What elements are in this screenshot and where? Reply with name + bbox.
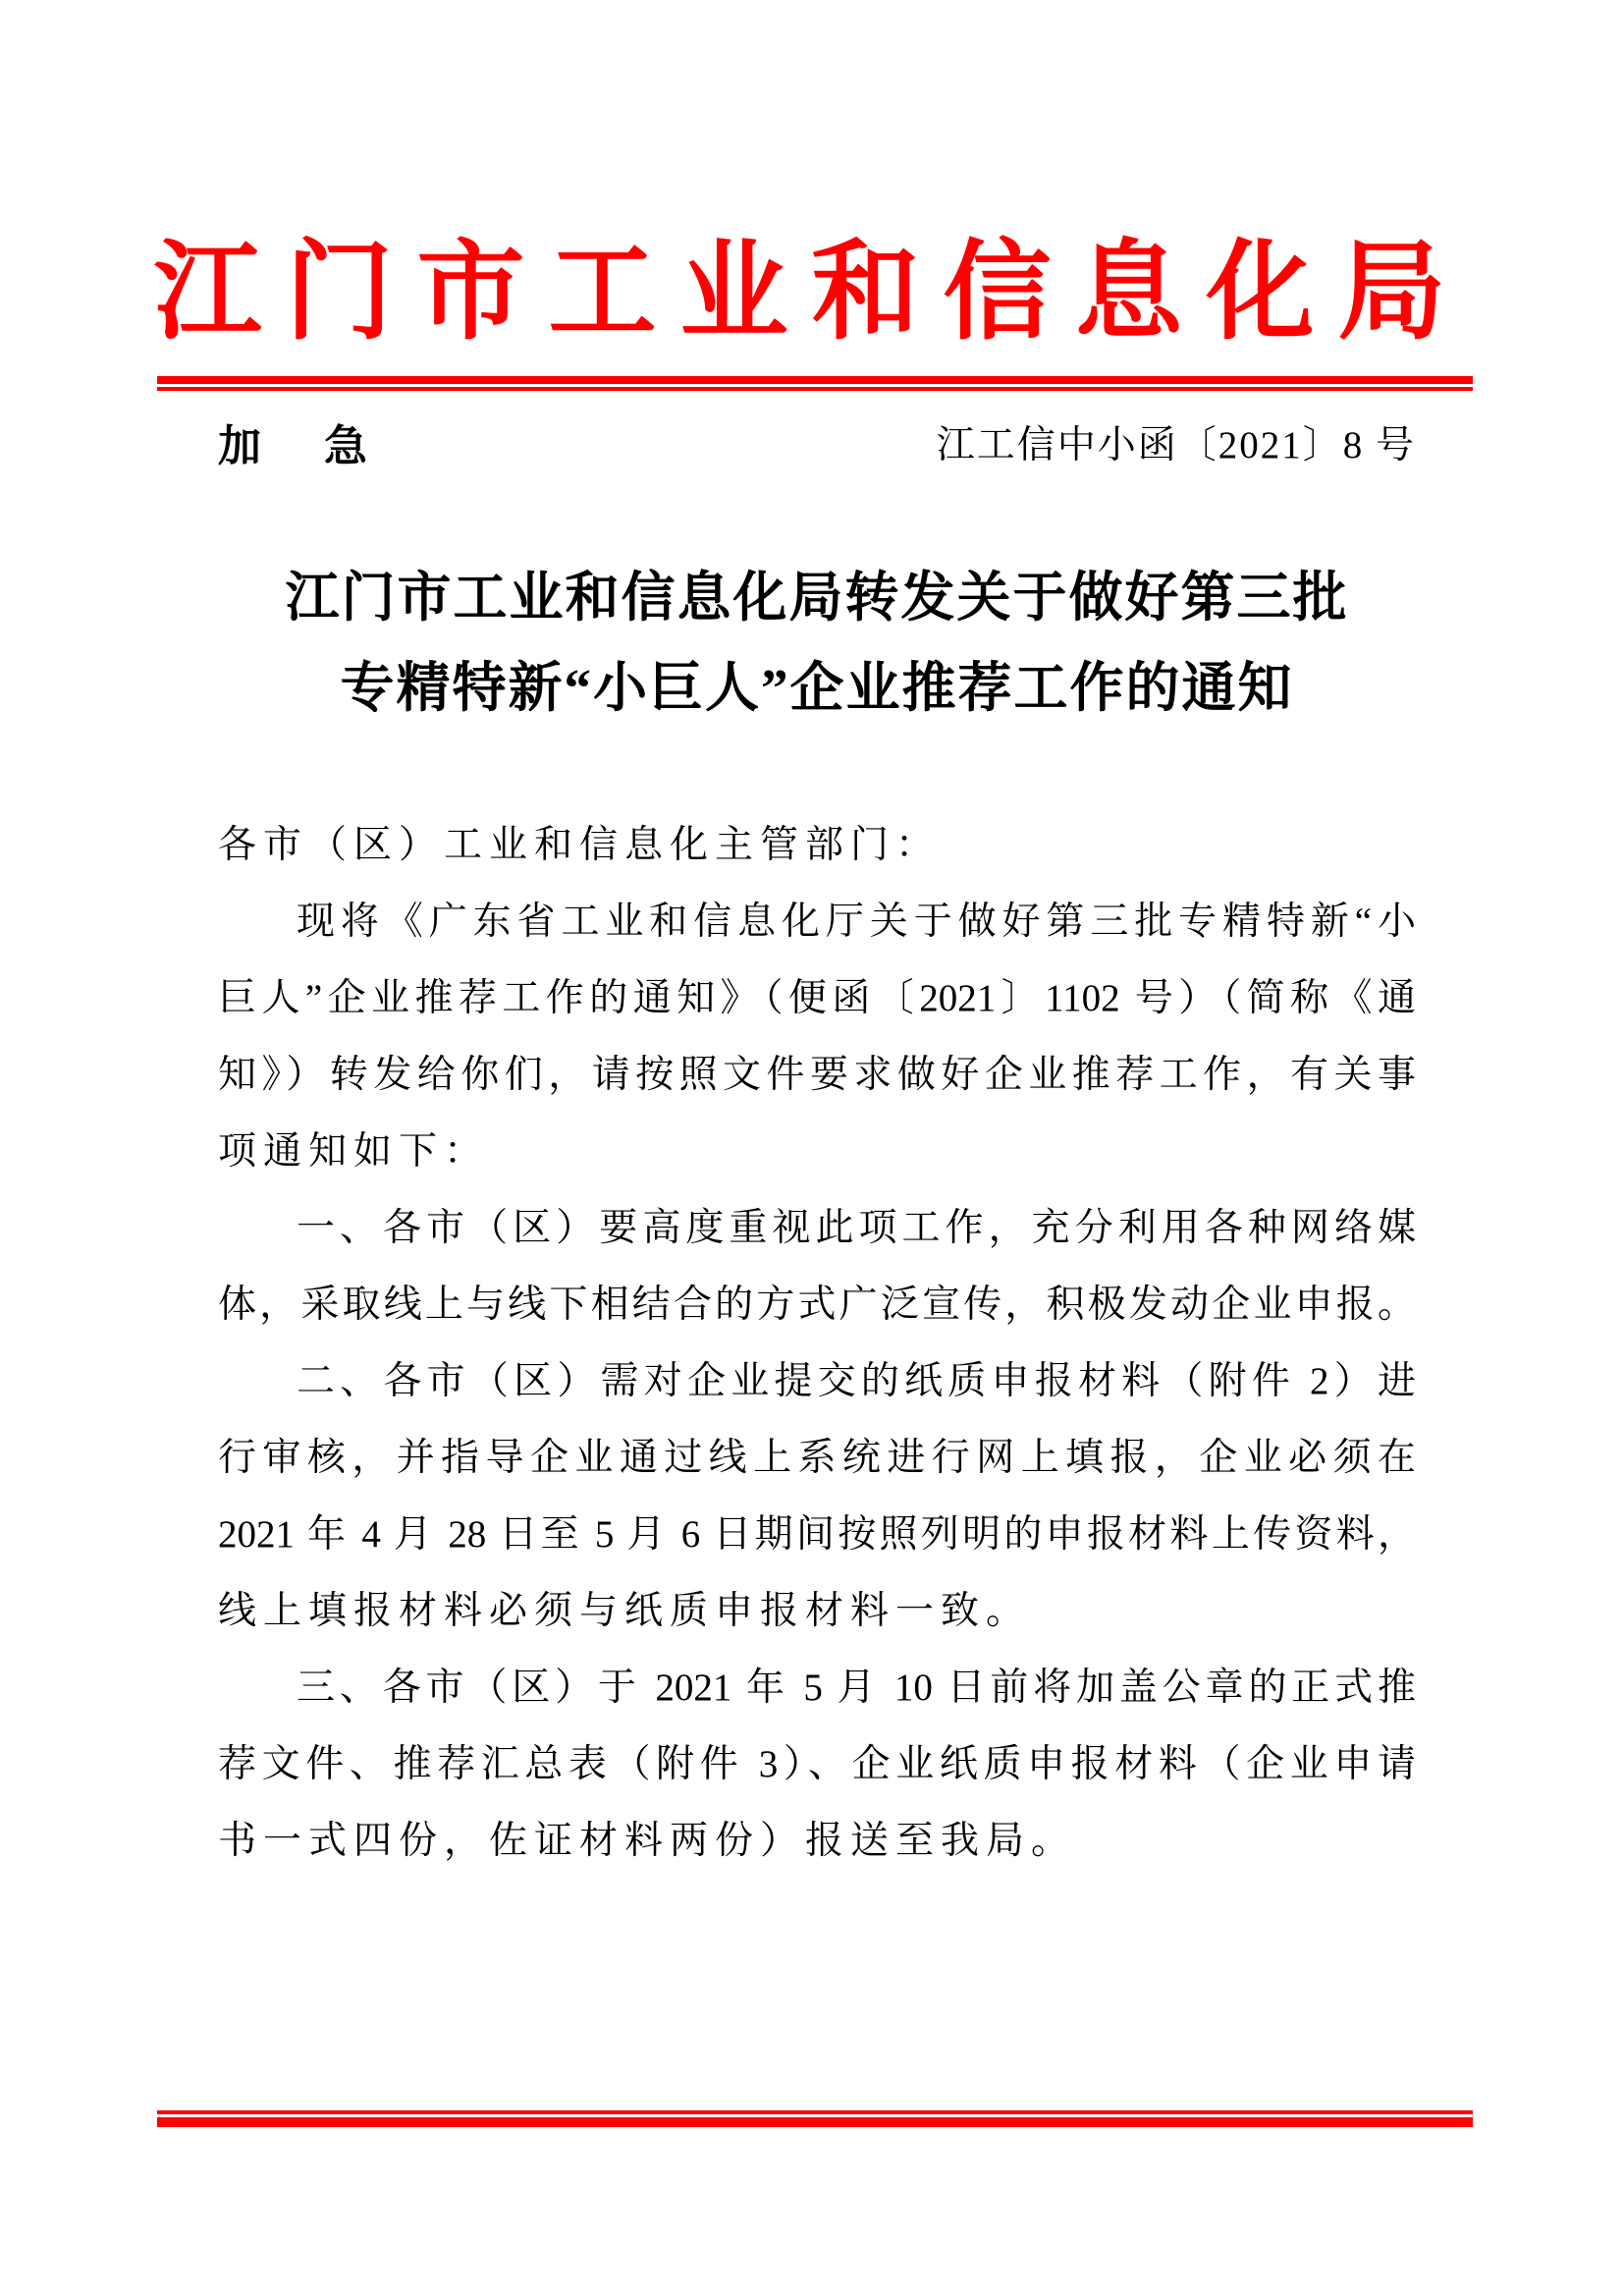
body-line: 体，采取线上与线下相结合的方式广泛宣传，积极发动企业申报。 (218, 1267, 1416, 1343)
body-line: 现将《广东省工业和信息化厅关于做好第三批专精特新“小 (218, 884, 1416, 960)
document-page: 江门市工业和信息化局 加 急 江工信中小函〔2021〕8 号 江门市工业和信息化… (0, 0, 1623, 2296)
body-line: 线上填报材料必须与纸质申报材料一致。 (218, 1573, 1416, 1650)
footer-rule-bottom-thin (157, 2110, 1473, 2114)
meta-row: 加 急 江工信中小函〔2021〕8 号 (218, 412, 1416, 471)
body-line: 书一式四份，佐证材料两份）报送至我局。 (218, 1803, 1416, 1880)
urgency-label: 加 急 (218, 410, 377, 473)
body-line: 巨人”企业推荐工作的通知》（便函〔2021〕1102 号）（简称《通 (218, 960, 1416, 1037)
letterhead-rule-top-thick (157, 376, 1473, 384)
document-title-line1: 江门市工业和信息化局转发关于做好第三批 (218, 553, 1416, 643)
document-title-line2: 专精特新“小巨人”企业推荐工作的通知 (218, 643, 1416, 734)
footer-rule-bottom-thick (157, 2117, 1473, 2127)
body-line: 项通知如下： (218, 1114, 1416, 1190)
body-line: 二、各市（区）需对企业提交的纸质申报材料（附件 2）进 (218, 1343, 1416, 1420)
body-line: 各市（区）工业和信息化主管部门： (218, 807, 1416, 884)
document-title: 江门市工业和信息化局转发关于做好第三批 专精特新“小巨人”企业推荐工作的通知 (218, 553, 1416, 734)
body-line: 知》）转发给你们，请按照文件要求做好企业推荐工作，有关事 (218, 1037, 1416, 1114)
letterhead-org-name: 江门市工业和信息化局 (0, 234, 1623, 353)
body-line: 行审核，并指导企业通过线上系统进行网上填报，企业必须在 (218, 1420, 1416, 1497)
body-line: 一、各市（区）要高度重视此项工作，充分利用各种网络媒 (218, 1190, 1416, 1267)
letterhead-rule-top-thin (157, 387, 1473, 391)
document-body: 各市（区）工业和信息化主管部门： 现将《广东省工业和信息化厅关于做好第三批专精特… (218, 807, 1416, 1880)
body-line: 荐文件、推荐汇总表（附件 3）、企业纸质申报材料（企业申请 (218, 1726, 1416, 1803)
document-number: 江工信中小函〔2021〕8 号 (937, 414, 1416, 469)
body-line: 2021 年 4 月 28 日至 5 月 6 日期间按照列明的申报材料上传资料， (218, 1497, 1416, 1573)
body-line: 三、各市（区）于 2021 年 5 月 10 日前将加盖公章的正式推 (218, 1650, 1416, 1726)
